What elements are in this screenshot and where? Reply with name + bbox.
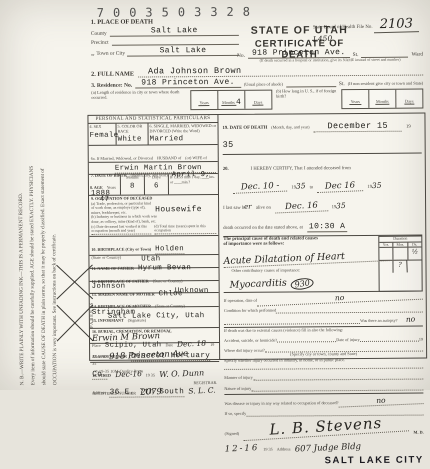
sex-label: 4. SEX bbox=[90, 125, 115, 130]
residence-abode-note: (Usual place of abode) bbox=[244, 83, 283, 88]
age-months-value: 8 bbox=[122, 183, 143, 191]
months-col-label: Months bbox=[221, 100, 236, 106]
town-label: Town or City bbox=[96, 51, 125, 57]
registrar-signature: W. O. Dunn bbox=[159, 368, 204, 379]
injury-year: 19 bbox=[419, 337, 423, 342]
birthplace-value: Holden bbox=[155, 245, 184, 254]
undertaker-label: 17. UNDERTAKER bbox=[92, 353, 127, 358]
sex-color-marital-row: 4. SEX Female 5. COLOR OR RACE White 6. … bbox=[89, 123, 218, 146]
certificate-form: 1. PLACE OF DEATH County Salt Lake Preci… bbox=[87, 17, 427, 375]
last-saw-pre: I last saw h bbox=[223, 206, 244, 211]
age-days-label: Days bbox=[146, 176, 167, 181]
last-saw-mid: alive on bbox=[256, 206, 271, 211]
to-label: to bbox=[310, 185, 314, 190]
printer-code: 7-19-35 10M Quality Press bbox=[95, 369, 143, 374]
us-length-label: (b) How long in U. S., if of foreign bir… bbox=[276, 89, 337, 99]
spouse-label: 6a. If Married, Widowed, or Divorced bbox=[91, 156, 153, 161]
years-col-label: Years bbox=[198, 100, 209, 106]
town-value: Salt Lake bbox=[127, 46, 239, 57]
days-col-label: Days bbox=[253, 100, 264, 106]
file-number-value: 2103 bbox=[374, 16, 419, 33]
age-less-label: IF LESS than 1 day, ____hrs. or ____min.… bbox=[170, 175, 217, 184]
last-saw-gender: er bbox=[244, 203, 252, 211]
registered-number-value: 2079 bbox=[140, 387, 162, 390]
certification-row: 20. I HEREBY CERTIFY, That I attended de… bbox=[223, 154, 423, 237]
nonresident-note: (If non-resident give city or town and S… bbox=[348, 82, 424, 87]
occupation-a-value: Housewife bbox=[155, 205, 202, 214]
duration-ds-label: Ds. bbox=[408, 242, 421, 246]
burial-row: 16. BURIAL, CREMATION, OR REMOVAL Place … bbox=[90, 328, 219, 344]
occupation-c-label: (c) Date deceased last worked at this oc… bbox=[91, 224, 151, 234]
residence-st-label: St. bbox=[339, 81, 345, 87]
death-time-value: 10:30 A bbox=[307, 222, 347, 232]
father-birthplace-row: 12. BIRTHPLACE OF FATHER (State or Count… bbox=[90, 268, 219, 282]
autopsy-label: Was there an autopsy? bbox=[360, 319, 397, 324]
last-saw-value: Dec. 16 bbox=[275, 200, 328, 213]
medical-column: 19. DATE OF DEATH (Month, day, and year)… bbox=[218, 114, 426, 359]
date-of-death-label: 19. DATE OF DEATH bbox=[223, 126, 268, 131]
file-number-label: State Board of Health File No. bbox=[313, 25, 373, 30]
last-saw-year: 35 bbox=[336, 201, 346, 210]
age-days-value: 6 bbox=[146, 182, 167, 190]
burial-label: 16. BURIAL, CREMATION, OR REMOVAL bbox=[92, 329, 217, 335]
spouse-row: 6a. If Married, Widowed, or Divorced HUS… bbox=[89, 145, 218, 163]
county-value: Salt Lake bbox=[110, 26, 239, 37]
years-col-label: Years bbox=[350, 99, 361, 105]
contributory-code: 930 bbox=[290, 276, 315, 290]
condition-blank bbox=[276, 304, 423, 313]
personal-column: PARENTS PERSONAL AND STATISTICAL PARTICU… bbox=[88, 115, 220, 360]
birthplace-label: 10. BIRTHPLACE (City or Town) bbox=[91, 246, 151, 251]
informant-signature-label: (Signature) bbox=[128, 317, 146, 322]
registrar-label: REGISTRAR. bbox=[194, 381, 218, 390]
age-label: 8. AGE bbox=[90, 185, 103, 190]
duration-mos-label: Mos. bbox=[394, 242, 408, 246]
attended-from-value: Dec. 10 - bbox=[233, 181, 288, 194]
color-race-label: 5. COLOR OR RACE bbox=[118, 124, 147, 134]
duration-table: Duration Yrs. Mos. Ds. ½ ? bbox=[378, 236, 422, 292]
residence-row: 3. Residence: No. 918 Princeton Ave. (Us… bbox=[91, 77, 423, 89]
manner-label: Manner of injury bbox=[224, 376, 253, 381]
autopsy-value: no bbox=[397, 314, 423, 324]
color-race-value: White bbox=[118, 136, 147, 144]
certificate-sheet: 7003503328 N. B.—WRITE PLAINLY WITH UNFA… bbox=[0, 0, 430, 390]
precinct-label: Precinct bbox=[91, 40, 109, 46]
informant-row: 15. INFORMANT (Signature) Erwin M Brown … bbox=[90, 307, 219, 329]
spouse-husband-label: HUSBAND of bbox=[157, 156, 181, 161]
contributory-value: Myocarditis bbox=[229, 277, 287, 290]
father-name-row: 11. NAME OF FATHER Hyrum Bevan Johnson bbox=[89, 255, 218, 269]
spouse-wife-label: (or) WIFE of bbox=[185, 155, 207, 160]
death-occurred-label: death occurred on the date stated above,… bbox=[223, 225, 303, 231]
certify-line1: I HEREBY CERTIFY, That I attended deceas… bbox=[251, 166, 351, 172]
street-value: 918 Princeton Ave. bbox=[248, 48, 350, 59]
occupation-d-label: (d) Total time (years) spent in this occ… bbox=[154, 224, 216, 234]
sex-value: Female bbox=[90, 131, 115, 139]
place-of-death-block: 1. PLACE OF DEATH County Salt Lake Preci… bbox=[91, 18, 239, 57]
residence-length-label: (a) Length of residence in city or town … bbox=[91, 90, 186, 101]
full-name-row: 2. FULL NAME Ada Johnson Brown bbox=[91, 65, 423, 78]
residence-length-table: Years Months4 Days bbox=[190, 90, 272, 111]
age-months-label: Months bbox=[122, 176, 143, 181]
injury-date-label: Date of injury bbox=[336, 338, 360, 343]
date-of-death-value: December 15 bbox=[313, 121, 402, 133]
months-value: 4 bbox=[236, 98, 241, 107]
cause-duration-value: ½ bbox=[408, 247, 422, 260]
full-name-value: Ada Johnson Brown bbox=[138, 65, 423, 78]
attended-from-year: 35 bbox=[296, 181, 306, 190]
form-columns: PARENTS PERSONAL AND STATISTICAL PARTICU… bbox=[87, 113, 427, 361]
date-of-death-sub: (Month, day, and year) bbox=[271, 124, 309, 129]
dob-row: 7. DATE OF BIRTH (month, day, and year) … bbox=[89, 162, 218, 175]
age-years-label: Years bbox=[107, 185, 116, 190]
date-of-death-year-print: 19 bbox=[406, 125, 411, 130]
contributory-duration-value: ? bbox=[394, 260, 409, 273]
cause-intro-2: of importance were as follows: bbox=[223, 241, 373, 247]
certificate-scan: 7003503328 N. B.—WRITE PLAINLY WITH UNFA… bbox=[0, 0, 430, 390]
full-name-label: 2. FULL NAME bbox=[91, 70, 134, 77]
occupation-b-label: (b) Industry or business in which work w… bbox=[91, 215, 163, 224]
file-number-annotation: L450 bbox=[313, 34, 333, 44]
age-row: 8. AGE Years 47 Months 8 Days 6 IF LESS … bbox=[89, 174, 218, 196]
county-label: County bbox=[91, 31, 107, 37]
certify-number: 20. bbox=[223, 167, 229, 172]
mother-birthplace-row: 14. BIRTHPLACE OF MOTHER (State or Count… bbox=[90, 293, 219, 308]
attended-to-value: Dec 16 bbox=[317, 180, 364, 193]
undertaker-row: 17. UNDERTAKER Deseret Mortuary Co. Addr… bbox=[90, 343, 219, 363]
where-label: Where did injury occur? bbox=[224, 348, 265, 353]
informant-label: 15. INFORMANT bbox=[92, 317, 124, 322]
external-causes-block: If death was due to external causes (vio… bbox=[224, 326, 423, 390]
hospital-note: (If death occurred in a hospital or inst… bbox=[237, 58, 423, 64]
occupation-a-label: (a) Trade, profession, or particular kin… bbox=[91, 202, 153, 216]
filed-year: 19 35 bbox=[146, 372, 155, 377]
residence-value: 918 Princeton Ave. bbox=[135, 78, 241, 89]
cause-of-death-value: Acute Dilatation of Heart bbox=[223, 248, 401, 267]
accident-label: Accident, suicide, or homicide? bbox=[224, 338, 277, 343]
external-label: If death was due to external causes (vio… bbox=[224, 327, 423, 333]
or-label: or bbox=[91, 53, 94, 58]
operation-label: If operation, date of bbox=[224, 299, 257, 304]
cause-of-death-block: Duration Yrs. Mos. Ds. ½ ? bbox=[223, 236, 422, 293]
us-length-table: Years Months Days bbox=[341, 89, 423, 110]
residence-label: 3. Residence: No. bbox=[91, 82, 132, 89]
date-of-death-year-value: 35 bbox=[223, 140, 234, 150]
precinct-blank bbox=[112, 37, 239, 46]
occupation-row: 9. OCCUPATION OF DECEASED (a) Trade, pro… bbox=[89, 195, 218, 236]
days-col-label: Days bbox=[404, 99, 415, 105]
date-of-death-row: 19. DATE OF DEATH (Month, day, and year)… bbox=[222, 114, 421, 155]
condition-label: Condition for which performed bbox=[224, 308, 276, 313]
operation-autopsy-block: If operation, date of no Condition for w… bbox=[224, 291, 423, 327]
birthplace-row: 10. BIRTHPLACE (City or Town) Holden (St… bbox=[89, 236, 218, 256]
residence-blank bbox=[286, 79, 336, 87]
marital-value: Married bbox=[150, 135, 217, 143]
attended-to-year: 35 bbox=[372, 181, 382, 190]
file-number-block: State Board of Health File No. 2103 L450 bbox=[313, 17, 425, 44]
residence-length-row: (a) Length of residence in city or town … bbox=[91, 89, 423, 111]
months-col-label: Months bbox=[375, 99, 390, 105]
marital-label: 6. SINGLE, MARRIED, WIDOWED or DIVORCED … bbox=[150, 124, 217, 134]
mother-name-row: 13. MAIDEN NAME OF MOTHER Chloe Stringha… bbox=[90, 281, 219, 294]
place-of-death-label: 1. PLACE OF DEATH bbox=[91, 18, 239, 26]
duration-yrs-label: Yrs. bbox=[379, 242, 393, 246]
